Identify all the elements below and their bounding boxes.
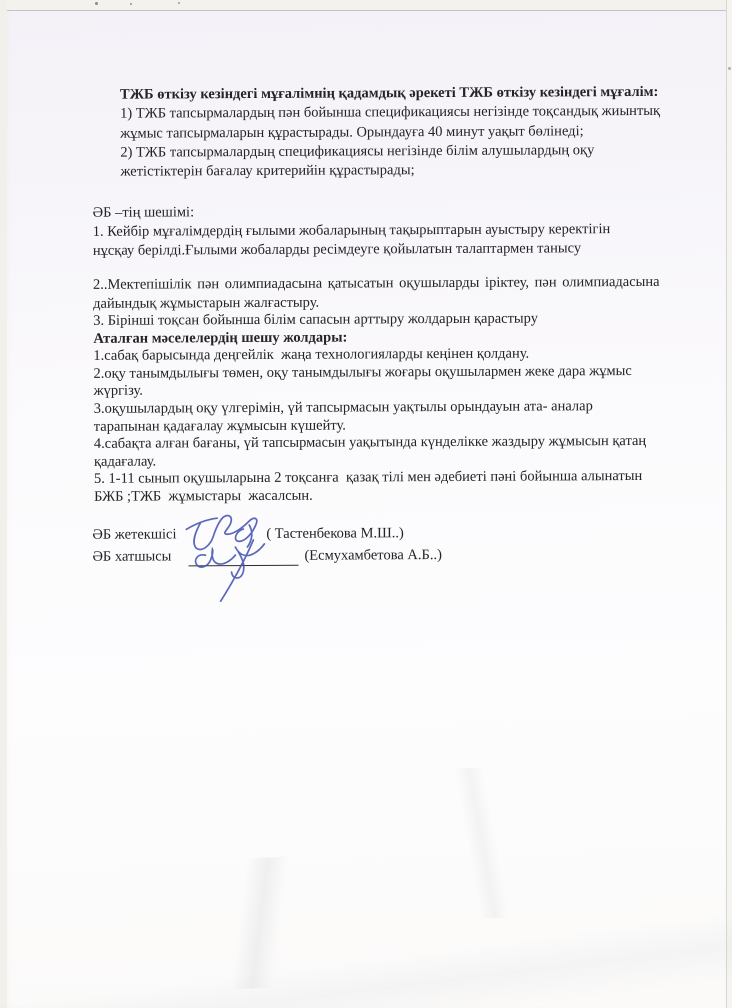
- signature-secretary-label: ӘБ хатшысы: [92, 548, 171, 565]
- signature-secretary-name: (Есмухамбетова А.Б..): [304, 547, 442, 565]
- decision-line: 2..Мектепішілік пән олимпиадасына қатыса…: [93, 273, 701, 295]
- document-content: ТЖБ өткізу кезіндегі мұғалімнің қадамдық…: [0, 0, 732, 1008]
- signature-leader-ink: [186, 515, 257, 549]
- solutions-line: 5. 1-11 сынып оқушыларына 2 тоқсанға қаз…: [94, 468, 702, 489]
- decision-paragraph-2: 2..Мектепішілік пән олимпиадасына қатыса…: [93, 273, 701, 314]
- intro-paragraph: ТЖБ өткізу кезіндегі мұғалімнің қадамдық…: [120, 83, 680, 182]
- solutions-line: 2.оқу танымдылығы төмен, оқу танымдылығы…: [93, 362, 701, 383]
- decision-paragraph: ӘБ –тің шешімі: 1. Кейбір мұғалімдердің …: [93, 201, 693, 261]
- signature-underline: [188, 550, 298, 567]
- intro-line: жетістіктерін бағалау критерийін құрасты…: [120, 160, 680, 182]
- decision-line: 1. Кейбір мұғалімдердің ғылыми жобаларын…: [93, 220, 693, 242]
- signature-leader-name: ( Тастенбекова М.Ш..): [266, 525, 404, 543]
- signature-leader-label: ӘБ жетекшісі: [92, 526, 176, 543]
- solutions-line: БЖБ ;ТЖБ жұмыстары жасалсын.: [94, 486, 702, 507]
- decision-line: нұсқау берілді.Ғылыми жобаларды ресімдеу…: [93, 239, 693, 261]
- solutions-paragraph: 3. Бірінші тоқсан бойынша білім сапасын …: [93, 310, 702, 507]
- scanned-document-page: ТЖБ өткізу кезіндегі мұғалімнің қадамдық…: [0, 0, 732, 1008]
- intro-line: 1) ТЖБ тапсырмалардың пән бойынша специф…: [120, 102, 680, 124]
- solutions-line: 4.сабақта алған бағаны, үй тапсырмасын у…: [94, 433, 702, 454]
